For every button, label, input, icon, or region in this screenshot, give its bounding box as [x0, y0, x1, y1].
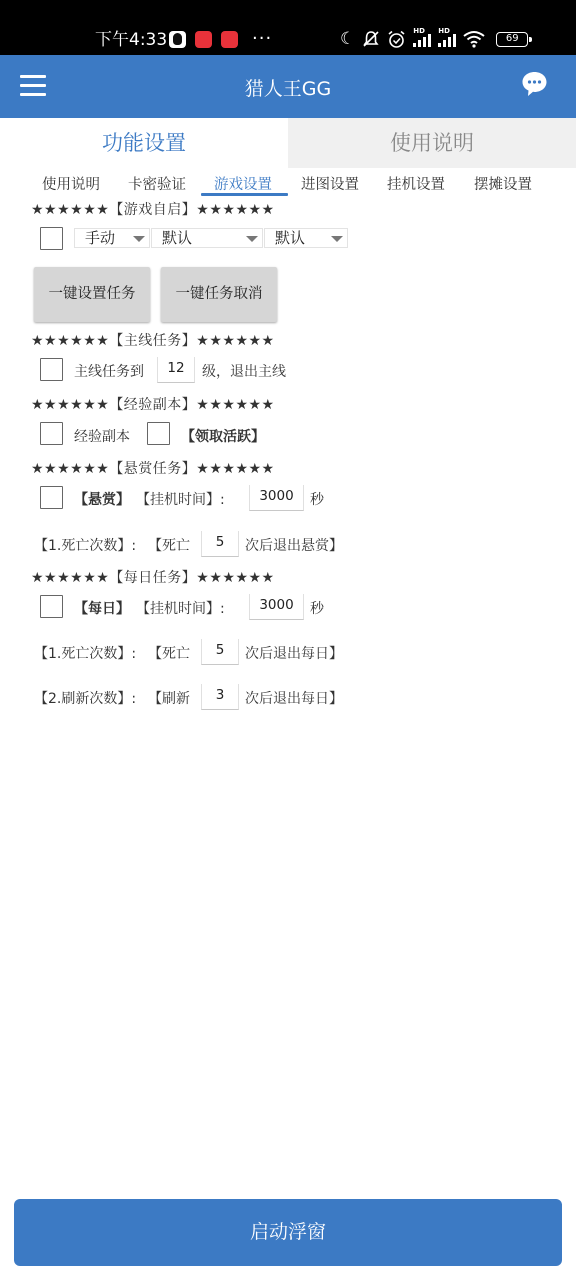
subtab-map-settings[interactable]: 进图设置 — [301, 173, 359, 194]
bounty-checkbox[interactable] — [40, 486, 63, 509]
subtab-stall-settings[interactable]: 摆摊设置 — [474, 173, 532, 194]
main-quest-label: 主线任务到 — [74, 361, 144, 381]
subtab-game-settings[interactable]: 游戏设置 — [214, 173, 272, 194]
option-select-2[interactable]: 默认 — [151, 228, 263, 248]
daily-label: 【每日】 — [74, 598, 130, 618]
top-tabs: 功能设置 使用说明 — [0, 118, 576, 168]
section-header-daily: ★★★★★★【每日任务】★★★★★★ — [31, 567, 576, 587]
signal-hd-1-icon: HD — [413, 31, 431, 47]
sub-tabs: 使用说明 卡密验证 游戏设置 进图设置 挂机设置 摆摊设置 — [0, 168, 576, 198]
status-icons: ☾ HD HD 69 — [340, 28, 528, 50]
subtab-usage[interactable]: 使用说明 — [42, 173, 100, 194]
chevron-down-icon — [133, 236, 145, 242]
bounty-death-suffix: 次后退出悬赏】 — [245, 535, 343, 555]
status-bar: 下午4:33 ··· ☾ HD HD 69 — [0, 0, 576, 55]
bounty-idle-label: 【挂机时间】: — [136, 489, 225, 509]
bounty-unit: 秒 — [310, 489, 324, 509]
bounty-death-label: 【1.死亡次数】: — [34, 535, 136, 555]
mode-select[interactable]: 手动 — [74, 228, 150, 248]
app-bar: 猎人王GG — [0, 55, 576, 118]
app-icon-red-2 — [221, 31, 238, 48]
daily-refresh-suffix: 次后退出每日】 — [245, 688, 343, 708]
status-time: 下午4:33 — [95, 30, 167, 50]
daily-checkbox[interactable] — [40, 595, 63, 618]
exp-dungeon-checkbox[interactable] — [40, 422, 63, 445]
more-notifications-icon: ··· — [252, 28, 272, 49]
app-title: 猎人王GG — [0, 74, 576, 101]
daily-refresh-prefix: 【刷新 — [148, 688, 190, 708]
one-click-cancel-tasks-button[interactable]: 一键任务取消 — [161, 267, 277, 322]
subtab-idle-settings[interactable]: 挂机设置 — [387, 173, 445, 194]
tab-function-settings[interactable]: 功能设置 — [0, 118, 288, 168]
chevron-down-icon — [246, 236, 258, 242]
daily-death-label: 【1.死亡次数】: — [34, 643, 136, 663]
main-quest-checkbox[interactable] — [40, 358, 63, 381]
bounty-death-count-input[interactable]: 5 — [201, 531, 239, 557]
daily-unit: 秒 — [310, 598, 324, 618]
daily-death-suffix: 次后退出每日】 — [245, 643, 343, 663]
signal-hd-2-icon: HD — [438, 31, 456, 47]
daily-idle-label: 【挂机时间】: — [136, 598, 225, 618]
daily-idle-time-input[interactable]: 3000 — [249, 594, 304, 620]
battery-indicator: 69 — [496, 32, 528, 47]
option-select-3[interactable]: 默认 — [264, 228, 348, 248]
claim-active-label: 【领取活跃】 — [181, 426, 265, 446]
daily-refresh-count-input[interactable]: 3 — [201, 684, 239, 710]
section-header-exp-dungeon: ★★★★★★【经验副本】★★★★★★ — [31, 394, 576, 414]
bounty-death-prefix: 【死亡 — [148, 535, 190, 555]
wifi-icon — [463, 30, 485, 48]
section-header-bounty: ★★★★★★【悬赏任务】★★★★★★ — [31, 458, 576, 478]
chevron-down-icon — [331, 236, 343, 242]
moon-icon: ☾ — [340, 29, 355, 49]
app-icon-red-1 — [195, 31, 212, 48]
bell-muted-icon — [362, 30, 380, 48]
subtab-card-verify[interactable]: 卡密验证 — [128, 173, 186, 194]
one-click-set-tasks-button[interactable]: 一键设置任务 — [34, 267, 150, 322]
daily-death-count-input[interactable]: 5 — [201, 639, 239, 665]
alarm-icon — [387, 30, 406, 49]
start-floating-window-button[interactable]: 启动浮窗 — [14, 1199, 562, 1266]
daily-refresh-label: 【2.刷新次数】: — [34, 688, 136, 708]
main-quest-level-input[interactable]: 12 — [157, 357, 195, 383]
qq-icon — [169, 31, 186, 48]
bounty-idle-time-input[interactable]: 3000 — [249, 485, 304, 511]
section-header-main-quest: ★★★★★★【主线任务】★★★★★★ — [31, 330, 576, 350]
chat-bubble-icon[interactable] — [521, 71, 548, 97]
section-header-auto-start: ★★★★★★【游戏自启】★★★★★★ — [31, 199, 576, 219]
bounty-label: 【悬赏】 — [74, 489, 130, 509]
daily-death-prefix: 【死亡 — [148, 643, 190, 663]
auto-start-checkbox[interactable] — [40, 227, 63, 250]
claim-active-checkbox[interactable] — [147, 422, 170, 445]
tab-usage-instructions[interactable]: 使用说明 — [288, 118, 576, 168]
active-tab-indicator — [201, 193, 288, 196]
exp-dungeon-label: 经验副本 — [74, 426, 130, 446]
main-quest-suffix: 级，退出主线 — [202, 361, 286, 381]
